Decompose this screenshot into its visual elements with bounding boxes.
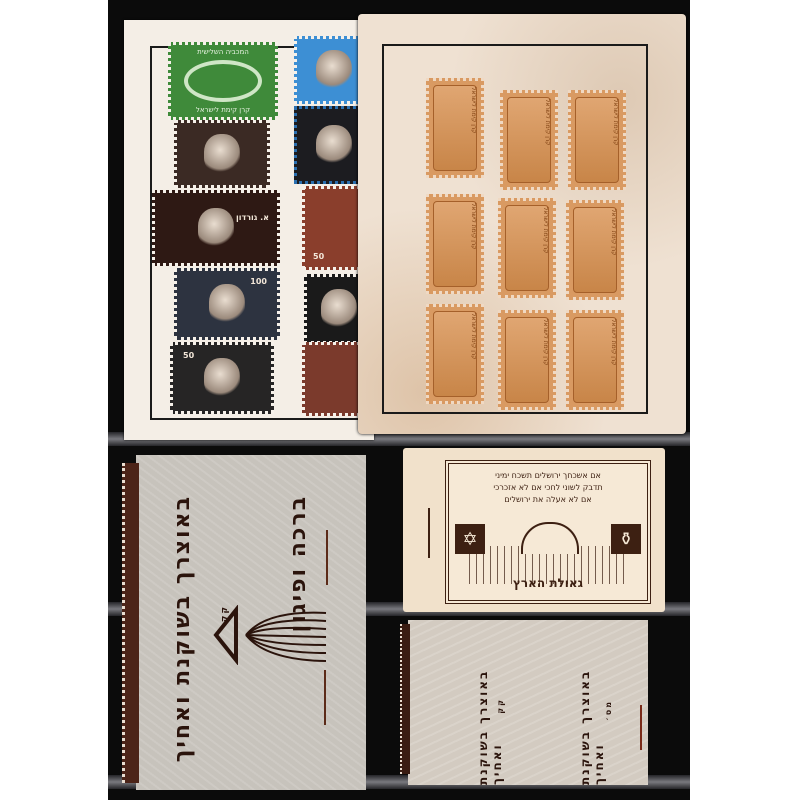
jnf-label: קרן קימת לישראל bbox=[566, 310, 624, 410]
booklet-pane-edge bbox=[122, 463, 139, 783]
jnf-label: קרן קימת לישראל bbox=[498, 310, 556, 410]
booklet-subtitle: באוצרך בשוקנת ואחיך bbox=[578, 660, 606, 785]
portrait-icon bbox=[316, 50, 352, 90]
stamp-text: קרן קימת לישראל bbox=[196, 106, 250, 114]
label-text: קרן קימת לישראל bbox=[542, 207, 549, 254]
portrait-icon bbox=[198, 208, 234, 248]
album-page-right: קרן קימת לישראל קרן קימת לישראל קרן קימת… bbox=[358, 14, 686, 434]
stamp-maccabiah: המכביה השלישית קרן קימת לישראל bbox=[168, 42, 278, 120]
jnf-label: קרן קימת לישראל bbox=[566, 200, 624, 300]
portrait-icon bbox=[321, 289, 357, 329]
label-text: קרן קימת לישראל bbox=[542, 319, 549, 366]
booklet-number: מס׳ bbox=[604, 700, 613, 721]
stamp-value: 50 bbox=[183, 351, 194, 360]
portrait-icon bbox=[316, 125, 352, 165]
jnf-label: קרן קימת לישראל bbox=[426, 194, 484, 294]
stamp-portrait-sepia bbox=[174, 120, 270, 188]
portrait-icon bbox=[204, 134, 240, 174]
jnf-label: קרן קימת לישראל bbox=[426, 78, 484, 178]
jnf-label: קרן קימת לישראל bbox=[500, 90, 558, 190]
label-text: קרן קימת לישראל bbox=[610, 319, 617, 366]
booklet-grey-small: באוצרך בשוקנת ואחיך קק באוצרך בשוקנת ואח… bbox=[408, 620, 648, 785]
label-text: קרן קימת לישראל bbox=[470, 203, 477, 250]
booklet-cream: אם אשכחך ירושלים תשכח ימיני תדבק לשוני ל… bbox=[403, 448, 665, 612]
header-line: אם לא אעלה את ירושלים bbox=[455, 494, 641, 506]
booklet-title: באוצרך בשוקנת ואחיך bbox=[476, 660, 504, 785]
jnf-label: קרן קימת לישראל bbox=[568, 90, 626, 190]
booklet-mark: קק bbox=[496, 698, 505, 714]
stamp-text: המכביה השלישית bbox=[197, 48, 249, 56]
cover-footer: גאולת הארץ bbox=[459, 576, 637, 590]
label-text: קרן קימת לישראל bbox=[470, 87, 477, 134]
jnf-label: קרן קימת לישראל bbox=[498, 198, 556, 298]
label-text: קרן קימת לישראל bbox=[470, 313, 477, 360]
staple bbox=[326, 530, 328, 585]
stamp-gordon: א. גורדון bbox=[152, 190, 280, 266]
label-text: קרן קימת לישראל bbox=[610, 209, 617, 256]
staple bbox=[428, 508, 430, 558]
booklet-subtitle: ברכה ופיגון bbox=[286, 495, 311, 632]
stadium-icon bbox=[184, 60, 262, 102]
stamp-text: א. גורדון bbox=[236, 213, 269, 222]
stamp-value: 100 bbox=[250, 277, 267, 286]
booklet-cover-frame: אם אשכחך ירושלים תשכח ימיני תדבק לשוני ל… bbox=[445, 460, 651, 604]
rising-sun-icon bbox=[521, 522, 579, 554]
booklet-title: באוצרך בשוקנת ואחיך bbox=[170, 495, 195, 762]
jnf-tree-icon: ⚱ bbox=[611, 524, 641, 554]
stamp-portrait-black-50: 50 bbox=[170, 342, 274, 414]
label-text: קרן קימת לישראל bbox=[612, 99, 619, 146]
jnf-label: קרן קימת לישראל bbox=[426, 304, 484, 404]
label-text: קרן קימת לישראל bbox=[544, 99, 551, 146]
header-line: אם אשכחך ירושלים תשכח ימיני bbox=[455, 470, 641, 482]
star-of-david-icon: ✡ bbox=[455, 524, 485, 554]
staple bbox=[640, 705, 642, 750]
album-page-left: המכביה השלישית קרן קימת לישראל א. גורדון… bbox=[124, 20, 374, 440]
jnf-emblem-icon bbox=[206, 605, 336, 665]
portrait-icon bbox=[204, 358, 240, 398]
stamp-portrait-slate: 100 bbox=[174, 268, 280, 340]
booklet-grey-large: באוצרך בשוקנת ואחיך קק ברכה ופיגון bbox=[136, 455, 366, 790]
portrait-icon bbox=[209, 284, 245, 324]
booklet-pane-edge bbox=[400, 624, 410, 774]
cover-header: אם אשכחך ירושלים תשכח ימיני תדבק לשוני ל… bbox=[455, 470, 641, 506]
staple bbox=[324, 670, 326, 725]
stamp-value: 50 bbox=[313, 252, 324, 261]
header-line: תדבק לשוני לחכי אם לא אזכרכי bbox=[455, 482, 641, 494]
